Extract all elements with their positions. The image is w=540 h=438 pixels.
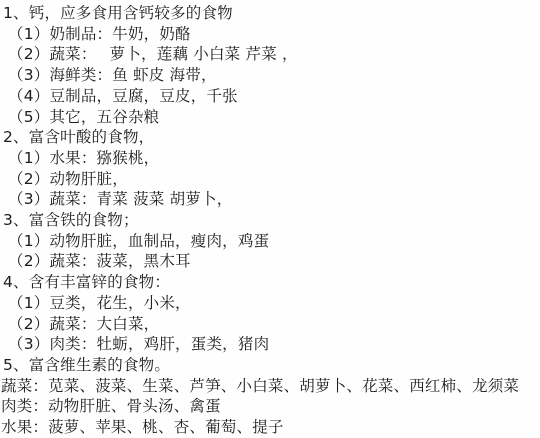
text-line: （2）动物肝脏， (0, 169, 540, 190)
text-line: （2）蔬菜： 萝卜，莲藕 小白菜 芹菜 ， (0, 44, 540, 65)
text-line: （4）豆制品，豆腐，豆皮，千张 (0, 86, 540, 107)
text-line: 4、含有丰富锌的食物： (0, 272, 540, 293)
text-lines: 1、钙，应多食用含钙较多的食物（1）奶制品：牛奶，奶酪（2）蔬菜： 萝卜，莲藕 … (0, 3, 540, 438)
text-line: 蔬菜：苋菜、菠菜、生菜、芦笋、小白菜、胡萝卜、花菜、西红柿、龙须菜 (0, 376, 540, 397)
text-line: 肉类：动物肝脏、骨头汤、禽蛋 (0, 396, 540, 417)
text-line: 3、富含铁的食物； (0, 210, 540, 231)
text-line: （2）蔬菜：大白菜， (0, 314, 540, 335)
text-line: （5）其它，五谷杂粮 (0, 107, 540, 128)
text-line: （3）肉类：牡蛎，鸡肝，蛋类，猪肉 (0, 334, 540, 355)
document-page: 1、钙，应多食用含钙较多的食物（1）奶制品：牛奶，奶酪（2）蔬菜： 萝卜，莲藕 … (0, 0, 540, 438)
text-line: 5、富含维生素的食物。 (0, 355, 540, 376)
text-line: （2）蔬菜：菠菜，黑木耳 (0, 251, 540, 272)
text-line: 水果：菠萝、苹果、桃、杏、葡萄、提子 (0, 417, 540, 438)
text-line: （1）豆类，花生，小米， (0, 293, 540, 314)
text-line: 1、钙，应多食用含钙较多的食物 (0, 3, 540, 24)
text-line: （1）奶制品：牛奶，奶酪 (0, 24, 540, 45)
text-line: （3）蔬菜：青菜 菠菜 胡萝卜， (0, 189, 540, 210)
text-line: （1）动物肝脏，血制品，瘦肉，鸡蛋 (0, 231, 540, 252)
text-line: （1）水果：猕猴桃， (0, 148, 540, 169)
text-line: 2、富含叶酸的食物， (0, 127, 540, 148)
text-line: （3）海鲜类：鱼 虾皮 海带， (0, 65, 540, 86)
